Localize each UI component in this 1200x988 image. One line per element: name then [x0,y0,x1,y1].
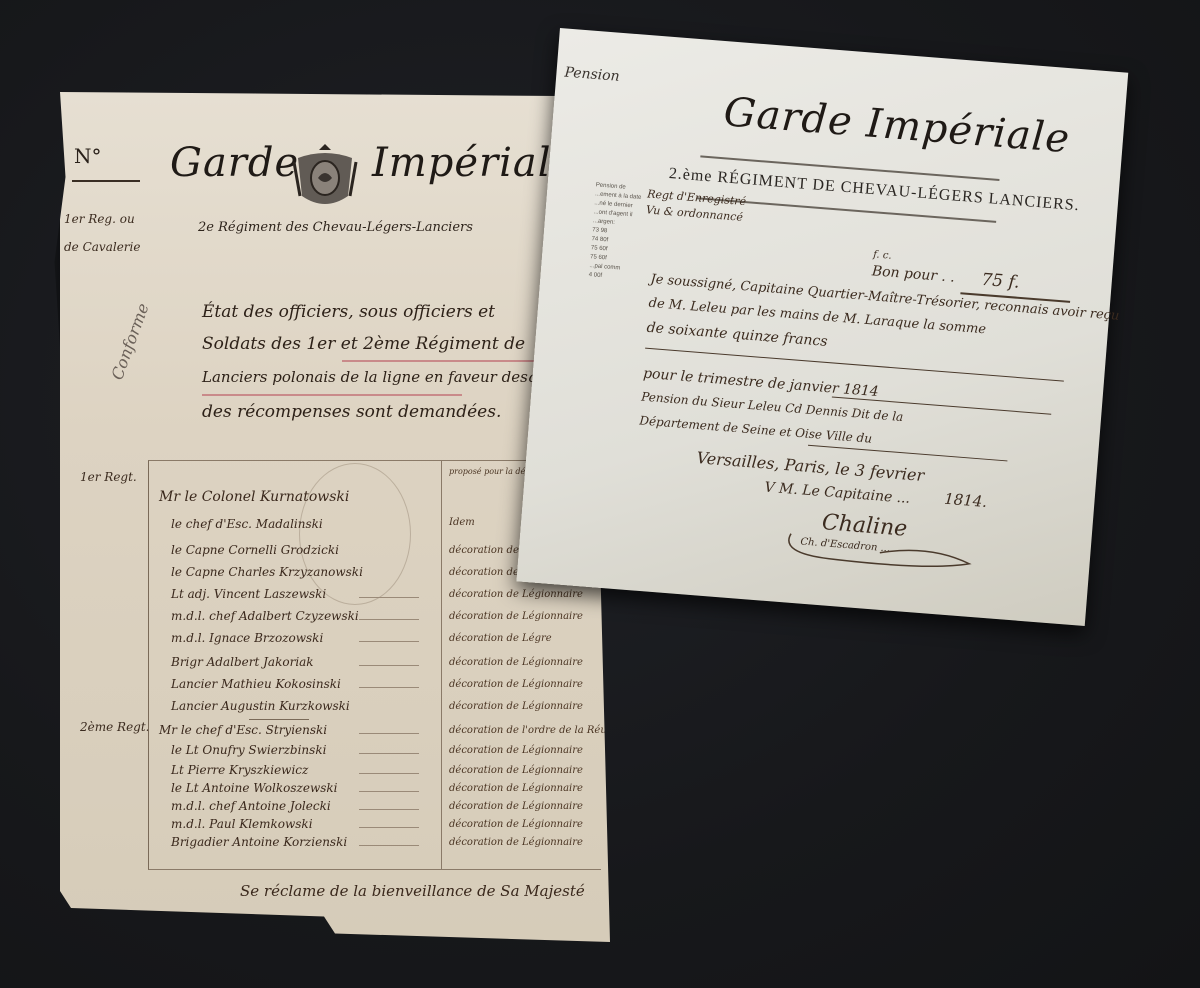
margin-note-2: de Cavalerie [64,240,140,254]
column-divider [441,461,442,869]
heading-line-3: Lanciers polonais de la ligne en faveur … [202,368,568,386]
red-underline-2 [202,394,462,396]
row-dash [359,753,419,754]
table-row: m.d.l. chef Antoine Jolecki [171,799,331,813]
side-column: Pension de ...ement à la date ...né le d… [588,181,646,284]
table-remark: décoration de Légionnaire [449,819,583,830]
table-remark: décoration de Légionnaire [449,801,583,812]
table-row: m.d.l. chef Adalbert Czyzewski [171,609,359,623]
table-remark: décoration de Légionnaire [449,701,583,712]
table-remark: décoration de Légionnaire [449,745,583,756]
row-dash [359,597,419,598]
table-remark: décoration de l'ordre de la Réunion [449,725,629,736]
row-dash [359,619,419,620]
table-row: le Lt Onufry Swierzbinski [171,743,326,757]
row-dash [359,773,419,774]
table-row: le Capne Cornelli Grodzicki [171,543,339,557]
table-row: le Lt Antoine Wolkoszewski [171,781,337,795]
table-row: Lt adj. Vincent Laszewski [171,587,326,601]
table-remark: décoration de Légionnaire [449,783,583,794]
table-row: Mr le Colonel Kurnatowski [159,489,349,505]
bon-pour-unit: f. c. [873,249,892,261]
table-remark: Idem [449,517,475,528]
regiment-subtitle: 2e Régiment des Chevau-Légers-Lanciers [198,220,473,235]
table-remark: décoration de Légionnaire [449,765,583,776]
table-row: le Capne Charles Krzyzanowski [171,565,363,579]
table-row: Lt Pierre Kryszkiewicz [171,763,308,777]
heading-line-2: Soldats des 1er et 2ème Régiment de [202,334,525,354]
faded-stamp [299,463,411,605]
section2-label: 2ème Regt. [80,720,150,734]
number-label: N° [74,144,102,168]
margin-stamp: Conforme [107,301,152,383]
table-remark: décoration de Légionnaire [449,657,583,668]
row-dash [359,641,419,642]
row-dash [359,733,419,734]
heading-line-4: des récompenses sont demandées. [202,402,501,422]
row-dash [359,687,419,688]
footer-line: Se réclame de la bienveillance de Sa Maj… [240,882,585,900]
table-row: le chef d'Esc. Madalinski [171,517,323,531]
row-dash [359,809,419,810]
receipt-document: Pension Garde Impériale 2.ème RÉGIMENT D… [513,28,1158,673]
year: 1814. [944,490,988,511]
table-row: Brigr Adalbert Jakoriak [171,655,314,669]
row-dash [359,665,419,666]
margin-note-1: 1er Reg. ou [64,212,135,226]
table-row: m.d.l. Ignace Brzozowski [171,631,323,645]
row-dash [359,791,419,792]
table-row: Lancier Mathieu Kokosinski [171,677,341,691]
table-row: Lancier Augustin Kurzkowski [171,699,350,713]
table-remark: décoration de Légionnaire [449,679,583,690]
section1-label: 1er Regt. [80,470,137,484]
number-rule [72,180,140,182]
heading-line-1: État des officiers, sous officiers et [202,302,495,322]
table-row: Mr le chef d'Esc. Stryienski [159,723,327,737]
row-dash [359,827,419,828]
table-remark: décoration de Légionnaire [449,837,583,848]
bon-pour-amount: 75 f. [981,270,1021,293]
section-divider [249,719,309,720]
table-row: m.d.l. Paul Klemkowski [171,817,313,831]
table-row: Brigadier Antoine Korzienski [171,835,347,849]
table-remark: décoration de Légre [449,633,552,644]
imperial-crest-icon [288,140,362,214]
row-dash [359,845,419,846]
title-garde: Garde [170,140,299,186]
